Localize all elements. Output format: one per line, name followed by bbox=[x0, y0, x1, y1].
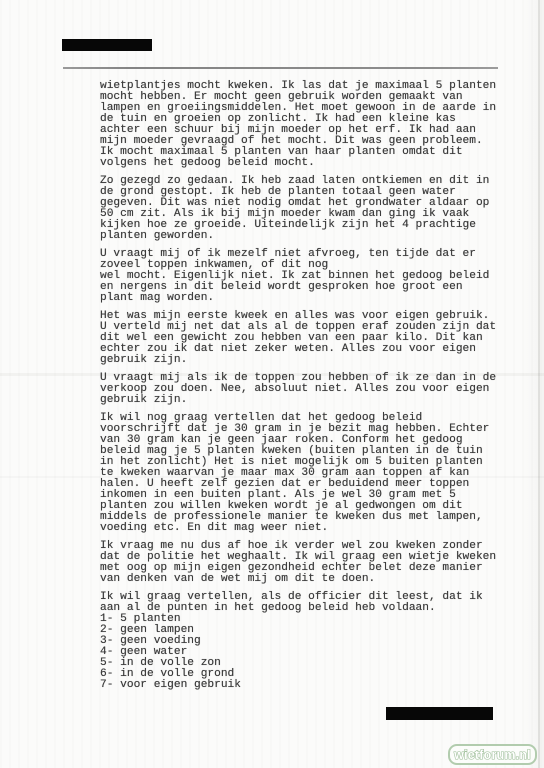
paragraph-7: Ik vraag me nu dus af hoe ik verder wel … bbox=[100, 541, 520, 585]
redaction-bar-top bbox=[62, 39, 152, 51]
paragraph-4: Het was mijn eerste kweek en alles was v… bbox=[100, 311, 520, 366]
paragraph-8: Ik wil graag vertellen, als de officier … bbox=[100, 592, 520, 614]
scanned-page: wietplantjes mocht kweken. Ik las dat je… bbox=[0, 0, 544, 768]
paragraph-2: Zo gezegd zo gedaan. Ik heb zaad laten o… bbox=[100, 176, 520, 242]
paragraph-6: Ik wil nog graag vertellen dat het gedoo… bbox=[100, 413, 520, 534]
watermark-label: wietforum.nl bbox=[454, 748, 531, 762]
redaction-bar-bottom bbox=[386, 707, 493, 720]
header-divider-line bbox=[63, 67, 498, 69]
wietforum-watermark: wietforum.nl bbox=[448, 744, 537, 765]
paragraph-5: U vraagt mij als ik de toppen zou hebben… bbox=[100, 373, 520, 406]
paragraph-3: U vraagt mij of ik mezelf niet afvroeg, … bbox=[100, 249, 520, 304]
paragraph-1: wietplantjes mocht kweken. Ik las dat je… bbox=[100, 81, 520, 169]
gedoog-checklist: 1- 5 planten 2- geen lampen 3- geen voed… bbox=[100, 614, 520, 691]
scan-edge-line bbox=[538, 0, 540, 768]
letter-body: wietplantjes mocht kweken. Ik las dat je… bbox=[100, 81, 520, 691]
